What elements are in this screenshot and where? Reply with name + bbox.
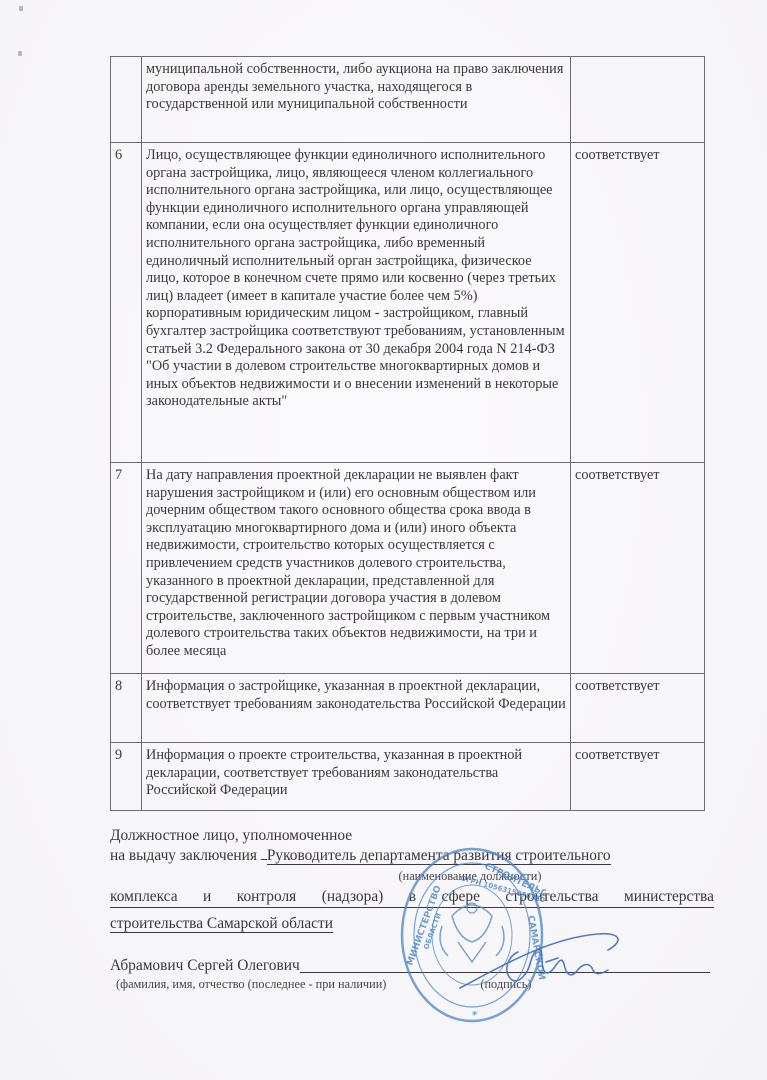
- row-number: 8: [111, 674, 142, 743]
- table-row: 8 Информация о застройщике, указанная в …: [111, 674, 705, 743]
- status-text: соответствует: [571, 743, 705, 811]
- position-word: строительства: [505, 887, 598, 907]
- criterion-text: Информация о проекте строительства, указ…: [142, 743, 571, 811]
- official-full-name: Абрамович Сергей Олегович: [110, 956, 300, 976]
- position-word: в: [409, 887, 416, 907]
- status-text: соответствует: [571, 463, 705, 674]
- position-word: министерства: [624, 887, 714, 907]
- table-row: 7 На дату направления проектной декларац…: [111, 463, 705, 674]
- signature-caption: (подпись): [480, 976, 531, 992]
- official-label-line1: Должностное лицо, уполномоченное: [110, 826, 710, 846]
- signature-line: [300, 956, 710, 973]
- position-word: сфере: [442, 887, 480, 907]
- row-number: [111, 57, 142, 143]
- official-label-prefix: на выдачу заключения: [110, 847, 257, 864]
- position-caption: (наименование должности): [110, 868, 710, 884]
- signature-block: Должностное лицо, уполномоченное на выда…: [110, 826, 710, 992]
- official-label-line2: на выдачу заключения Руководитель департ…: [110, 846, 710, 866]
- punch-mark: [19, 6, 23, 11]
- conclusion-table: муниципальной собственности, либо аукцио…: [110, 56, 705, 811]
- row-number: 7: [111, 463, 142, 674]
- position-title-part1: Руководитель департамента развития строи…: [267, 847, 611, 865]
- table-row: муниципальной собственности, либо аукцио…: [111, 57, 705, 143]
- name-caption: (фамилия, имя, отчество (последнее - при…: [110, 976, 386, 992]
- punch-mark: [18, 51, 22, 56]
- status-text: соответствует: [571, 674, 705, 743]
- status-text: [571, 57, 705, 143]
- criterion-text: Информация о застройщике, указанная в пр…: [142, 674, 571, 743]
- position-title-part2: комплекса и контроля (надзора) в сфере с…: [110, 887, 714, 908]
- criterion-text: Лицо, осуществляющее функции единоличног…: [142, 143, 571, 463]
- table-row: 6 Лицо, осуществляющее функции единоличн…: [111, 143, 705, 463]
- svg-text:*: *: [472, 1010, 478, 1021]
- table-row: 9 Информация о проекте строительства, ук…: [111, 743, 705, 811]
- position-word: (надзора): [322, 887, 384, 907]
- position-title-part3: строительства Самарской области: [110, 915, 333, 933]
- position-word: контроля: [237, 887, 297, 907]
- position-word: комплекса: [110, 887, 178, 907]
- position-word: и: [203, 887, 211, 907]
- criterion-text: На дату направления проектной декларации…: [142, 463, 571, 674]
- status-text: соответствует: [571, 143, 705, 463]
- document-page: муниципальной собственности, либо аукцио…: [0, 0, 767, 1080]
- row-number: 6: [111, 143, 142, 463]
- row-number: 9: [111, 743, 142, 811]
- criterion-text: муниципальной собственности, либо аукцио…: [142, 57, 571, 143]
